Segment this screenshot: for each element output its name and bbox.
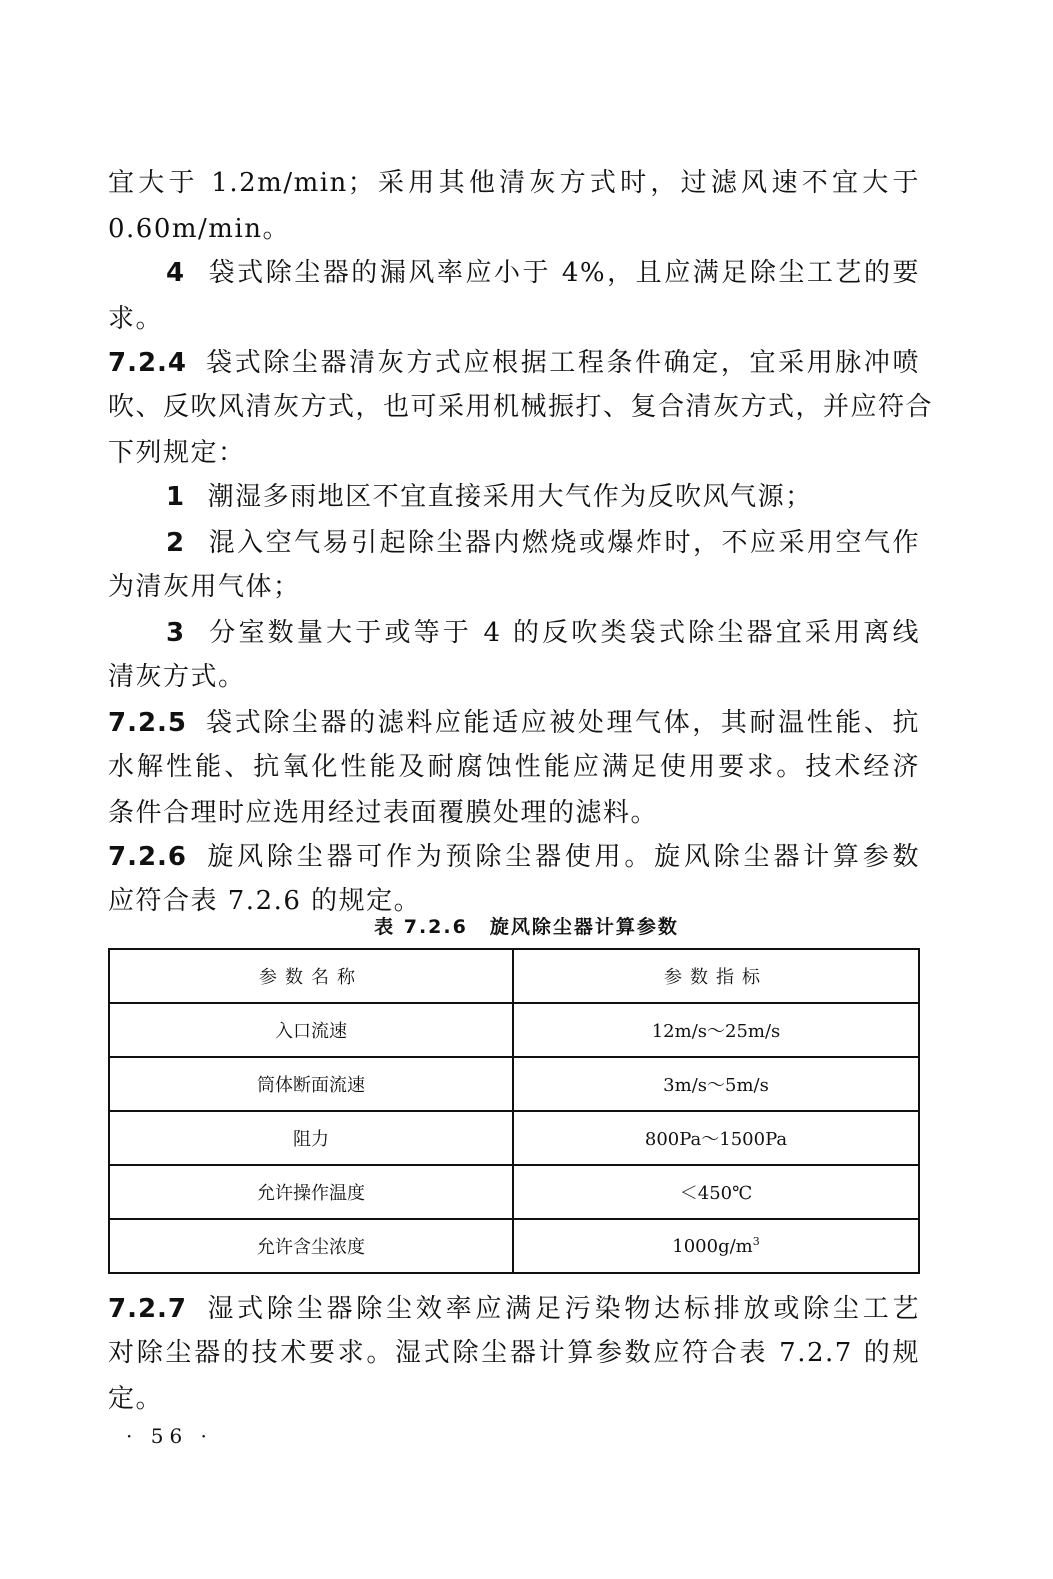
cell-name: 允许操作温度 <box>109 1165 513 1219</box>
header-parameter-name: 参数名称 <box>109 949 513 1003</box>
section-text: 湿式除尘器除尘效率应满足污染物达标排放或除尘工艺 <box>205 1294 920 1324</box>
section-number: 7.2.6 <box>108 842 187 872</box>
table-caption-title: 旋风除尘器计算参数 <box>490 916 679 938</box>
item-number: 4 <box>166 258 186 288</box>
cell-value-text: 1000g/m <box>672 1236 752 1257</box>
paragraph-line: 吹、反吹风清灰方式，也可采用机械振打、复合清灰方式，并应符合 <box>108 390 920 424</box>
table-row: 入口流速 12m/s～25m/s <box>109 1003 919 1057</box>
cell-name: 阻力 <box>109 1111 513 1165</box>
cell-value: 3m/s～5m/s <box>513 1057 919 1111</box>
item-text: 潮湿多雨地区不宜直接采用大气作为反吹风气源； <box>208 482 813 512</box>
paragraph-line: 求。 <box>108 302 920 336</box>
section-number: 7.2.5 <box>108 708 187 738</box>
section-text: 旋风除尘器可作为预除尘器使用。旋风除尘器计算参数 <box>205 842 920 872</box>
item-number: 3 <box>166 618 186 648</box>
table-caption: 表 7.2.6旋风除尘器计算参数 <box>0 912 1053 939</box>
list-item-2: 2混入空气易引起除尘器内燃烧或爆炸时，不应采用空气作 <box>166 526 920 560</box>
paragraph-line: 为清灰用气体； <box>108 570 920 604</box>
section-7-2-5: 7.2.5袋式除尘器的滤料应能适应被处理气体，其耐温性能、抗 <box>108 706 920 740</box>
page-number: · 56 · <box>126 1424 213 1448</box>
document-page: 宜大于 1.2m/min；采用其他清灰方式时，过滤风速不宜大于 0.60m/mi… <box>0 0 1053 1579</box>
section-number: 7.2.7 <box>108 1294 187 1324</box>
section-text: 袋式除尘器清灰方式应根据工程条件确定，宜采用脉冲喷 <box>205 348 920 378</box>
section-7-2-7: 7.2.7湿式除尘器除尘效率应满足污染物达标排放或除尘工艺 <box>108 1292 920 1326</box>
cell-value: 800Pa～1500Pa <box>513 1111 919 1165</box>
list-item-3: 3分室数量大于或等于 4 的反吹类袋式除尘器宜采用离线 <box>166 616 920 650</box>
table-row: 允许含尘浓度 1000g/m3 <box>109 1219 919 1273</box>
paragraph-line: 0.60m/min。 <box>108 212 920 246</box>
item-number: 2 <box>166 528 186 558</box>
item-text: 袋式除尘器的漏风率应小于 4%，且应满足除尘工艺的要 <box>208 258 920 288</box>
paragraph-line: 对除尘器的技术要求。湿式除尘器计算参数应符合表 7.2.7 的规 <box>108 1336 920 1370</box>
table-row: 筒体断面流速 3m/s～5m/s <box>109 1057 919 1111</box>
item-text: 分室数量大于或等于 4 的反吹类袋式除尘器宜采用离线 <box>208 618 920 648</box>
section-7-2-6: 7.2.6旋风除尘器可作为预除尘器使用。旋风除尘器计算参数 <box>108 840 920 874</box>
cell-name: 允许含尘浓度 <box>109 1219 513 1273</box>
cell-value: 12m/s～25m/s <box>513 1003 919 1057</box>
item-number: 1 <box>166 482 186 512</box>
table-row: 阻力 800Pa～1500Pa <box>109 1111 919 1165</box>
parameters-table: 参数名称 参数指标 入口流速 12m/s～25m/s 筒体断面流速 3m/s～5… <box>108 948 920 1274</box>
table-caption-number: 表 7.2.6 <box>374 916 468 938</box>
cell-name: 入口流速 <box>109 1003 513 1057</box>
paragraph-line: 定。 <box>108 1382 920 1416</box>
section-number: 7.2.4 <box>108 348 187 378</box>
section-7-2-4: 7.2.4袋式除尘器清灰方式应根据工程条件确定，宜采用脉冲喷 <box>108 346 920 380</box>
paragraph-line: 宜大于 1.2m/min；采用其他清灰方式时，过滤风速不宜大于 <box>108 166 920 200</box>
item-text: 混入空气易引起除尘器内燃烧或爆炸时，不应采用空气作 <box>208 528 920 558</box>
cell-name: 筒体断面流速 <box>109 1057 513 1111</box>
cell-value: 1000g/m3 <box>513 1219 919 1273</box>
list-item-1: 1潮湿多雨地区不宜直接采用大气作为反吹风气源； <box>166 480 920 514</box>
table-row: 允许操作温度 ＜450℃ <box>109 1165 919 1219</box>
paragraph-line: 条件合理时应选用经过表面覆膜处理的滤料。 <box>108 796 920 830</box>
header-parameter-value: 参数指标 <box>513 949 919 1003</box>
cell-value: ＜450℃ <box>513 1165 919 1219</box>
list-item-4: 4袋式除尘器的漏风率应小于 4%，且应满足除尘工艺的要 <box>166 256 920 290</box>
section-text: 袋式除尘器的滤料应能适应被处理气体，其耐温性能、抗 <box>205 708 920 738</box>
table-header-row: 参数名称 参数指标 <box>109 949 919 1003</box>
superscript: 3 <box>753 1235 760 1248</box>
paragraph-line: 水解性能、抗氧化性能及耐腐蚀性能应满足使用要求。技术经济 <box>108 750 920 784</box>
paragraph-line: 清灰方式。 <box>108 660 920 694</box>
paragraph-line: 下列规定： <box>108 436 920 470</box>
